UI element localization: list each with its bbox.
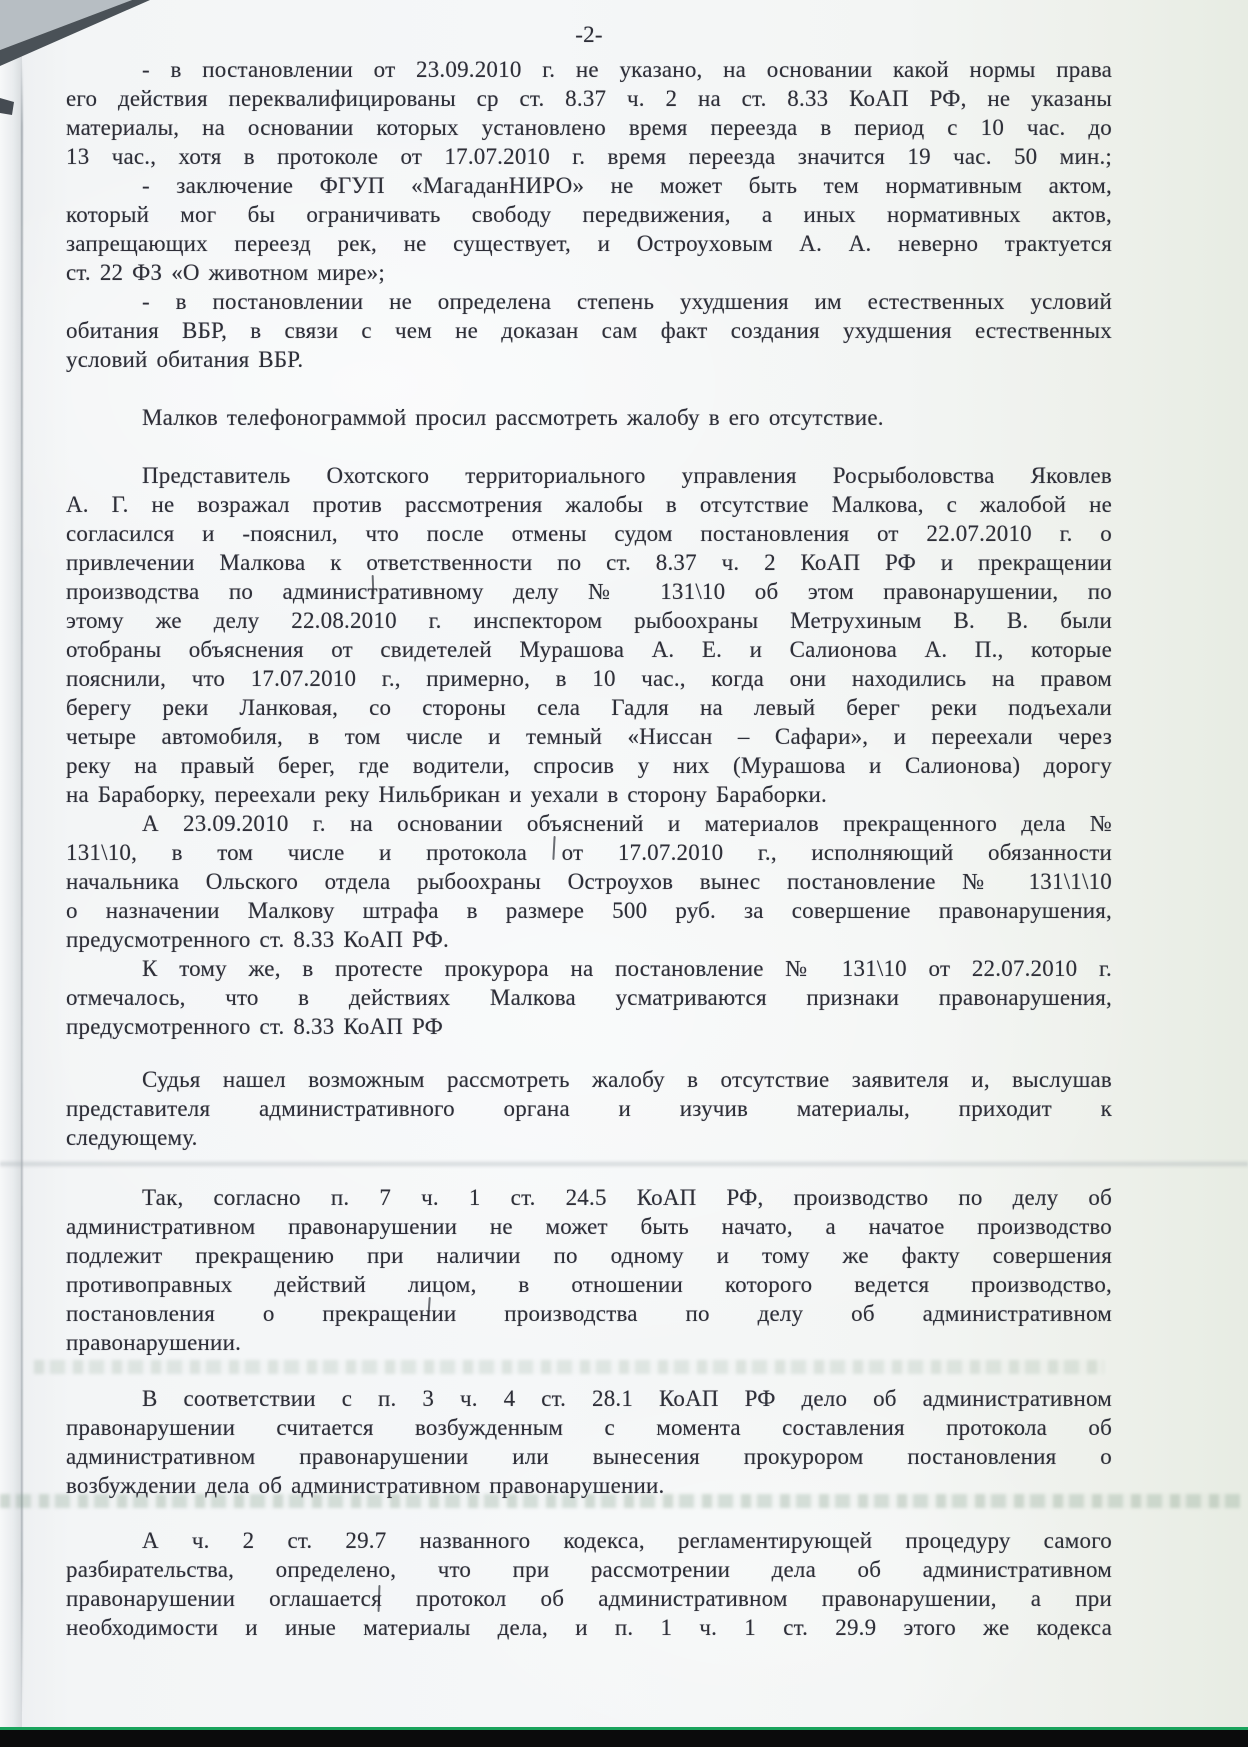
- text-line: 13 час., хотя в протоколе от 17.07.2010 …: [66, 142, 1112, 171]
- text-line: его действия переквалифицированы ср ст. …: [66, 84, 1112, 113]
- paragraph: Представитель Охотского территориального…: [66, 461, 1112, 809]
- text-line: - в постановлении от 23.09.2010 г. не ук…: [66, 55, 1112, 84]
- text-line: реку на правый берег, где водители, спро…: [66, 751, 1112, 780]
- text-line: Судья нашел возможным рассмотреть жалобу…: [66, 1065, 1112, 1094]
- text-line: Так, согласно п. 7 ч. 1 ст. 24.5 КоАП РФ…: [66, 1183, 1112, 1212]
- text-line: - в постановлении не определена степень …: [66, 287, 1112, 316]
- paper-edge-line: [21, 60, 23, 1715]
- text-line: противоправных действий лицом, в отношен…: [66, 1270, 1112, 1299]
- paragraph: Судья нашел возможным рассмотреть жалобу…: [66, 1065, 1112, 1152]
- text-line: следующему.: [66, 1123, 1112, 1152]
- scanner-black-bar: [0, 1730, 1248, 1747]
- text-line: производства по административному делу №…: [66, 577, 1112, 606]
- text-line: согласился и -пояснил, что после отмены …: [66, 519, 1112, 548]
- text-line: постановления о прекращении производства…: [66, 1299, 1112, 1328]
- text-line: условий обитания ВБР.: [66, 345, 1112, 374]
- scan-left-edge: [0, 0, 22, 1747]
- text-line: К тому же, в протесте прокурора на поста…: [66, 954, 1112, 983]
- text-line: Представитель Охотского территориального…: [66, 461, 1112, 490]
- text-line: отобраны объяснения от свидетелей Мурашо…: [66, 635, 1112, 664]
- paragraph: Так, согласно п. 7 ч. 1 ст. 24.5 КоАП РФ…: [66, 1183, 1112, 1357]
- text-block: -2- - в постановлении от 23.09.2010 г. н…: [66, 20, 1112, 1642]
- text-line: обитания ВБР, в связи с чем не доказан с…: [66, 316, 1112, 345]
- text-line: Малков телефонограммой просил рассмотрет…: [66, 403, 1112, 432]
- text-line: А ч. 2 ст. 29.7 названного кодекса, регл…: [66, 1526, 1112, 1555]
- text-line: А. Г. не возражал против рассмотрения жа…: [66, 490, 1112, 519]
- text-line: материалы, на основании которых установл…: [66, 113, 1112, 142]
- text-line: А 23.09.2010 г. на основании объяснений …: [66, 809, 1112, 838]
- paragraph: К тому же, в протесте прокурора на поста…: [66, 954, 1112, 1041]
- text-line: необходимости и иные материалы дела, и п…: [66, 1613, 1112, 1642]
- paragraph: - в постановлении от 23.09.2010 г. не ук…: [66, 55, 1112, 171]
- text-line: правонарушении.: [66, 1328, 1112, 1357]
- text-line: привлечении Малкова к ответственности по…: [66, 548, 1112, 577]
- text-line: берегу реки Ланковая, со стороны села Га…: [66, 693, 1112, 722]
- text-line: - заключение ФГУП «МагаданНИРО» не может…: [66, 171, 1112, 200]
- text-line: правонарушении оглашается протокол об ад…: [66, 1584, 1112, 1613]
- text-line: предусмотренного ст. 8.33 КоАП РФ: [66, 1012, 1112, 1041]
- text-line: В соответствии с п. 3 ч. 4 ст. 28.1 КоАП…: [66, 1384, 1112, 1413]
- text-line: начальника Ольского отдела рыбоохраны Ос…: [66, 867, 1112, 896]
- text-line: этому же делу 22.08.2010 г. инспектором …: [66, 606, 1112, 635]
- text-line: пояснили, что 17.07.2010 г., примерно, в…: [66, 664, 1112, 693]
- paragraph: - в постановлении не определена степень …: [66, 287, 1112, 374]
- text-line: который мог бы ограничивать свободу пере…: [66, 200, 1112, 229]
- paragraph: А ч. 2 ст. 29.7 названного кодекса, регл…: [66, 1526, 1112, 1642]
- text-line: административном правонарушении или выне…: [66, 1442, 1112, 1471]
- page-number: -2-: [66, 20, 1112, 49]
- text-line: предусмотренного ст. 8.33 КоАП РФ.: [66, 925, 1112, 954]
- text-line: четыре автомобиля, в том числе и темный …: [66, 722, 1112, 751]
- text-line: представителя административного органа и…: [66, 1094, 1112, 1123]
- paragraph: В соответствии с п. 3 ч. 4 ст. 28.1 КоАП…: [66, 1384, 1112, 1500]
- text-line: подлежит прекращению при наличии по одно…: [66, 1241, 1112, 1270]
- text-line: возбуждении дела об административном пра…: [66, 1471, 1112, 1500]
- text-line: о назначении Малкову штрафа в размере 50…: [66, 896, 1112, 925]
- text-line: правонарушении считается возбужденным с …: [66, 1413, 1112, 1442]
- text-line: 131\10, в том числе и протокола от 17.07…: [66, 838, 1112, 867]
- paragraph: Малков телефонограммой просил рассмотрет…: [66, 403, 1112, 432]
- text-line: административном правонарушении не может…: [66, 1212, 1112, 1241]
- paragraph: - заключение ФГУП «МагаданНИРО» не может…: [66, 171, 1112, 287]
- text-line: ст. 22 ФЗ «О животном мире»;: [66, 258, 1112, 287]
- scanned-page: -2- - в постановлении от 23.09.2010 г. н…: [0, 0, 1248, 1747]
- text-line: запрещающих переезд рек, не существует, …: [66, 229, 1112, 258]
- text-line: разбирательства, определено, что при рас…: [66, 1555, 1112, 1584]
- text-line: на Бараборку, переехали реку Нильбрикан …: [66, 780, 1112, 809]
- paragraph: А 23.09.2010 г. на основании объяснений …: [66, 809, 1112, 954]
- text-line: отмечалось, что в действиях Малкова усма…: [66, 983, 1112, 1012]
